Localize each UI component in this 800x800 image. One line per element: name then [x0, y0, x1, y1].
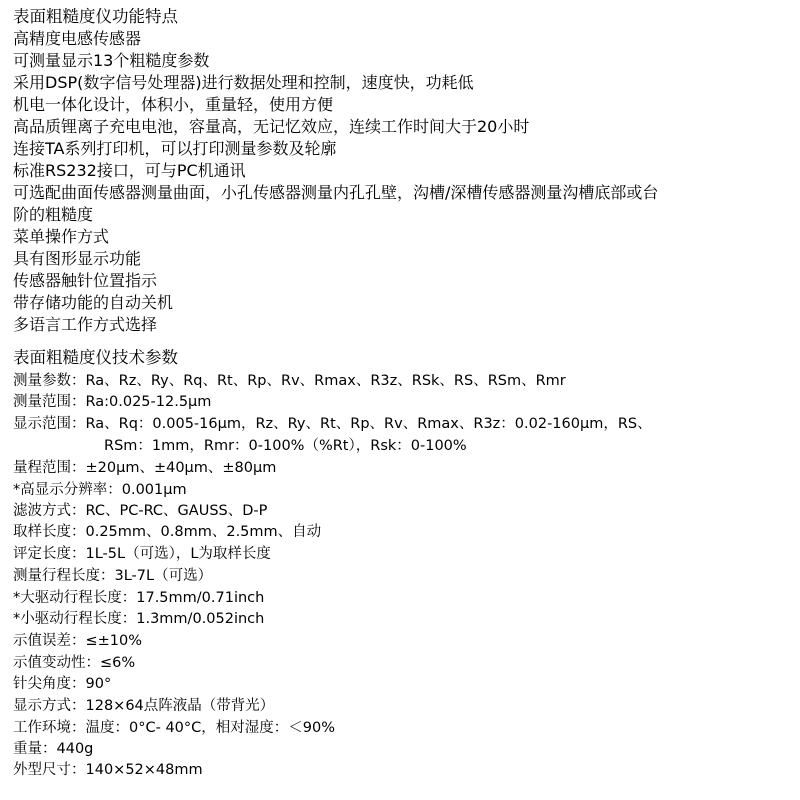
spec-item: 示值变动性：≤6%	[13, 653, 135, 673]
feature-item: 带存储功能的自动关机	[13, 293, 173, 313]
feature-item: 高精度电感传感器	[13, 29, 141, 49]
spec-item: 工作环境：温度：0°C- 40°C，相对湿度：＜90%	[13, 718, 335, 738]
features-title: 表面粗糙度仪功能特点	[13, 7, 178, 27]
feature-item: 可测量显示13个粗糙度参数	[13, 51, 209, 71]
feature-item: 连接TA系列打印机，可以打印测量参数及轮廓	[13, 139, 336, 159]
spec-item: 测量范围：Ra:0.025-12.5μm	[13, 392, 211, 412]
feature-item: 采用DSP(数字信号处理器)进行数据处理和控制，速度快，功耗低	[13, 73, 474, 93]
spec-item: *小驱动行程长度：1.3mm/0.052inch	[13, 609, 264, 629]
spec-item: *大驱动行程长度：17.5mm/0.71inch	[13, 588, 264, 608]
specs-title: 表面粗糙度仪技术参数	[13, 348, 178, 368]
feature-item: 标准RS232接口，可与PC机通讯	[13, 161, 246, 181]
spec-item: 外型尺寸：140×52×48mm	[13, 760, 203, 780]
feature-item: 可选配曲面传感器测量曲面，小孔传感器测量内孔孔壁，沟槽/深槽传感器测量沟槽底部或…	[13, 183, 658, 203]
spec-item: 测量参数：Ra、Rz、Ry、Rq、Rt、Rp、Rv、Rmax、R3z、RSk、R…	[13, 371, 566, 391]
spec-item: 显示方式：128×64点阵液晶（带背光）	[13, 696, 274, 716]
spec-item: 显示范围：Ra、Rq：0.005-16μm，Rz、Ry、Rt、Rp、Rv、Rma…	[13, 414, 652, 434]
feature-item: 高品质锂离子充电电池，容量高，无记忆效应，连续工作时间大于20小时	[13, 117, 529, 137]
feature-item: 具有图形显示功能	[13, 249, 141, 269]
spec-item: 滤波方式：RC、PC-RC、GAUSS、D-P	[13, 501, 267, 521]
feature-item: 传感器触针位置指示	[13, 271, 157, 291]
feature-item: 机电一体化设计，体积小，重量轻，使用方便	[13, 95, 333, 115]
feature-item: 多语言工作方式选择	[13, 315, 157, 335]
feature-item: 菜单操作方式	[13, 227, 109, 247]
spec-item: 取样长度：0.25mm、0.8mm、2.5mm、自动	[13, 522, 321, 542]
spec-item: 重量：440g	[13, 739, 93, 759]
spec-item: 量程范围：±20μm、±40μm、±80μm	[13, 458, 276, 478]
feature-item: 阶的粗糙度	[13, 205, 93, 225]
spec-item: 针尖角度：90°	[13, 674, 111, 694]
spec-item: 示值误差：≤±10%	[13, 631, 142, 651]
spec-item-continued: RSm：1mm，Rmr：0-100%（%Rt），Rsk：0-100%	[104, 436, 467, 456]
spec-item: 测量行程长度：3L-7L（可选）	[13, 566, 212, 586]
spec-item: 评定长度：1L-5L（可选），L为取样长度	[13, 544, 271, 564]
spec-item: *高显示分辨率：0.001μm	[13, 480, 187, 500]
